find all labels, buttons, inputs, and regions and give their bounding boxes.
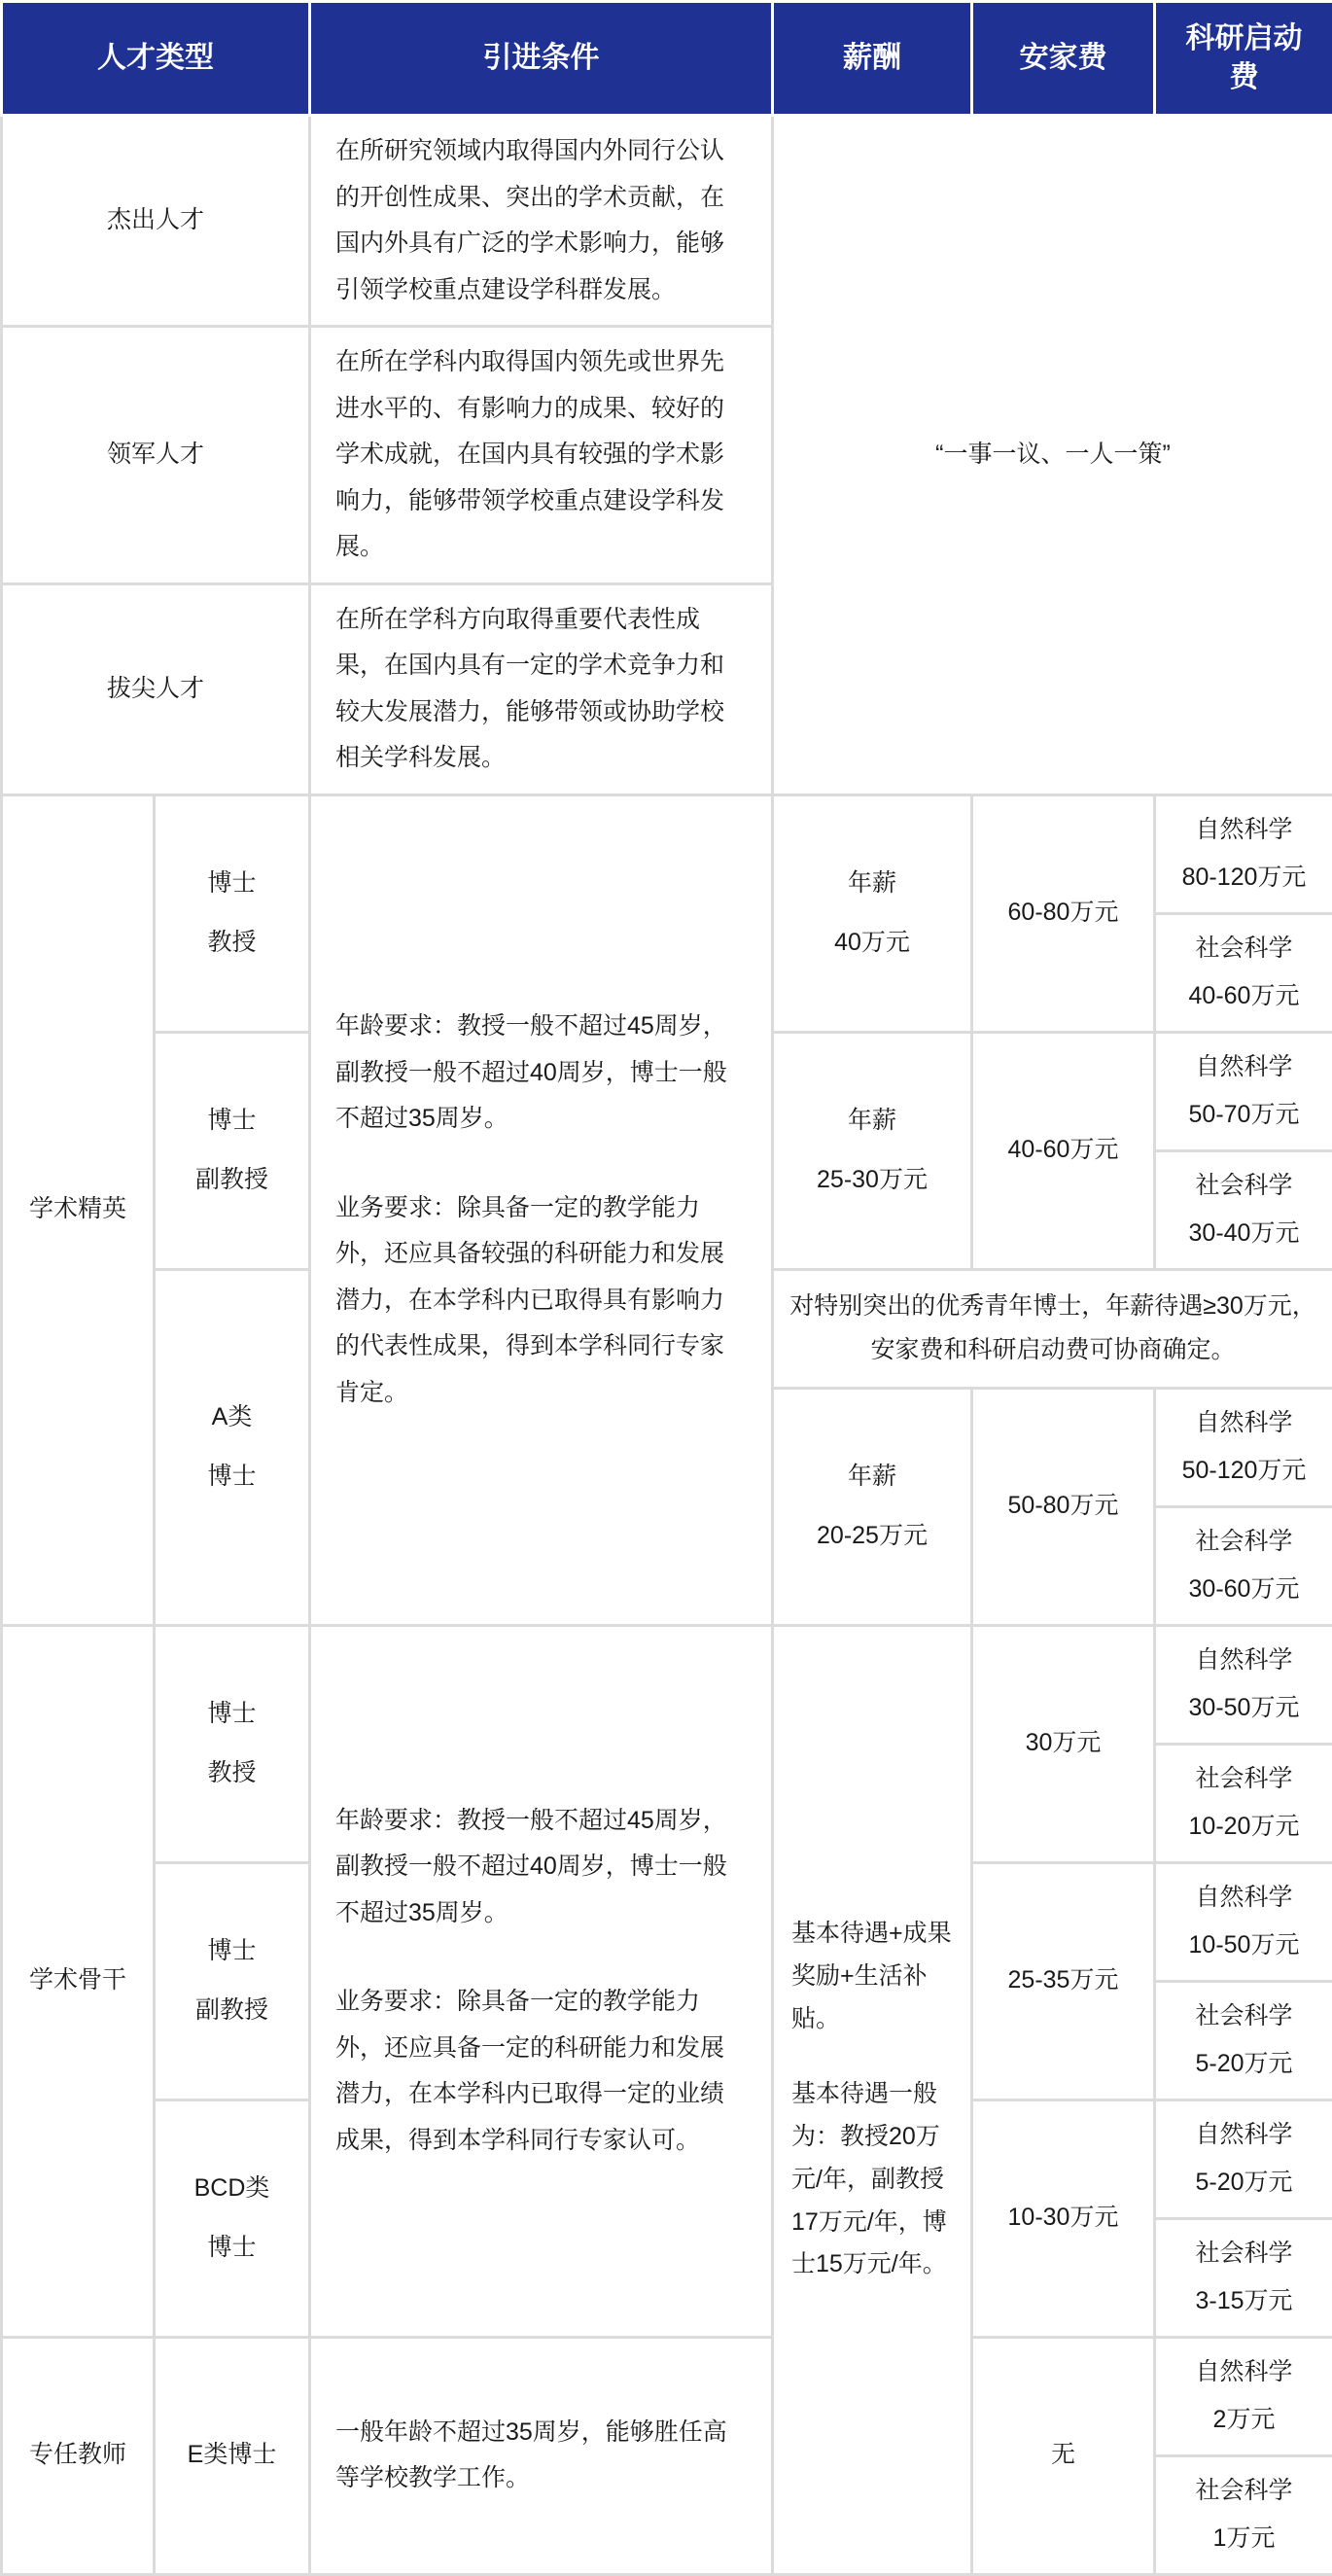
fund-value: 30-60万元 <box>1160 1567 1328 1613</box>
science-label: 社会科学 <box>1160 2468 1328 2515</box>
fund-value: 5-20万元 <box>1160 2160 1328 2206</box>
elite-associate-social-fund: 社会科学 30-40万元 <box>1155 1150 1332 1269</box>
condition-topnotch-text: 在所在学科方向取得重要代表性成果，在国内具有一定的学术竞争力和较大发展潜力，能够… <box>335 597 747 782</box>
salary-line: 年薪 <box>774 861 970 907</box>
rank-line: BCD类 <box>156 2166 308 2212</box>
backbone-bcd-rank: BCD类 博士 <box>155 2100 310 2337</box>
rank-line: 副教授 <box>156 1157 308 1204</box>
group-label-elite: 学术精英 <box>2 794 155 1625</box>
fund-value: 50-120万元 <box>1160 1448 1328 1495</box>
salary-line: 40万元 <box>774 920 970 967</box>
header-research-startup-fund: 科研启动费 <box>1155 2 1332 116</box>
fund-value: 50-70万元 <box>1160 1092 1328 1139</box>
fund-value: 3-15万元 <box>1160 2278 1328 2325</box>
policy-merged-cell: “一事一议、一人一策” <box>773 116 1332 795</box>
salary-package-detail: 基本待遇一般为：教授20万元/年，副教授17万元/年，博士15万元/年。 <box>791 2073 953 2286</box>
condition-elite: 年龄要求：教授一般不超过45周岁，副教授一般不超过40周岁，博士一般不超过35周… <box>310 794 773 1625</box>
backbone-associate-social-fund: 社会科学 5-20万元 <box>1155 1981 1332 2100</box>
rank-line: 博士 <box>156 1691 308 1738</box>
science-label: 自然科学 <box>1160 1875 1328 1922</box>
rank-line: 博士 <box>156 1928 308 1975</box>
backbone-bcd-allowance: 10-30万元 <box>972 2100 1155 2337</box>
rank-line: 博士 <box>156 1098 308 1145</box>
group-label-fulltime: 专任教师 <box>2 2337 155 2574</box>
rank-line: 博士 <box>156 861 308 907</box>
salary-package-summary: 基本待遇+成果奖励+生活补贴。 <box>791 1913 953 2040</box>
tier-label-topnotch: 拔尖人才 <box>2 583 310 794</box>
fulltime-social-fund: 社会科学 1万元 <box>1155 2455 1332 2574</box>
science-label: 社会科学 <box>1160 1756 1328 1803</box>
salary-line: 25-30万元 <box>774 1157 970 1204</box>
young-phd-note: 对特别突出的优秀青年博士，年薪待遇≥30万元， 安家费和科研启动费可协商确定。 <box>773 1269 1332 1388</box>
backbone-bcd-natural-fund: 自然科学 5-20万元 <box>1155 2100 1332 2218</box>
backbone-professor-social-fund: 社会科学 10-20万元 <box>1155 1744 1332 1862</box>
table-row: 专任教师 E类博士 一般年龄不超过35周岁，能够胜任高等学校教学工作。 无 自然… <box>2 2337 1332 2455</box>
backbone-professor-natural-fund: 自然科学 30-50万元 <box>1155 1625 1332 1744</box>
condition-leading: 在所在学科内取得国内领先或世界先进水平的、有影响力的成果、较好的学术成就，在国内… <box>310 327 773 584</box>
condition-backbone: 年龄要求：教授一般不超过45周岁，副教授一般不超过40周岁，博士一般不超过35周… <box>310 1625 773 2337</box>
elite-associate-allowance: 40-60万元 <box>972 1032 1155 1269</box>
elite-professor-social-fund: 社会科学 40-60万元 <box>1155 913 1332 1032</box>
science-label: 社会科学 <box>1160 2231 1328 2277</box>
science-label: 自然科学 <box>1160 1638 1328 1684</box>
fund-value: 40-60万元 <box>1160 973 1328 1020</box>
condition-leading-text: 在所在学科内取得国内领先或世界先进水平的、有影响力的成果、较好的学术成就，在国内… <box>335 339 747 571</box>
fund-value: 1万元 <box>1160 2516 1328 2562</box>
elite-aclass-rank: A类 博士 <box>155 1269 310 1625</box>
science-label: 社会科学 <box>1160 1994 1328 2040</box>
condition-elite-business: 业务要求：除具备一定的教学能力外，还应具备较强的科研能力和发展潜力，在本学科内已… <box>335 1185 747 1417</box>
condition-elite-age: 年龄要求：教授一般不超过45周岁，副教授一般不超过40周岁，博士一般不超过35周… <box>335 1004 747 1143</box>
rank-line: 博士 <box>156 1454 308 1500</box>
table-row: 杰出人才 在所研究领域内取得国内外同行公认的开创性成果、突出的学术贡献，在国内外… <box>2 116 1332 327</box>
science-label: 自然科学 <box>1160 1400 1328 1447</box>
elite-professor-natural-fund: 自然科学 80-120万元 <box>1155 794 1332 913</box>
fulltime-natural-fund: 自然科学 2万元 <box>1155 2337 1332 2455</box>
fund-value: 10-20万元 <box>1160 1804 1328 1851</box>
condition-outstanding: 在所研究领域内取得国内外同行公认的开创性成果、突出的学术贡献，在国内外具有广泛的… <box>310 116 773 327</box>
fulltime-rank: E类博士 <box>155 2337 310 2574</box>
elite-aclass-natural-fund: 自然科学 50-120万元 <box>1155 1388 1332 1506</box>
elite-associate-natural-fund: 自然科学 50-70万元 <box>1155 1032 1332 1150</box>
elite-professor-salary: 年薪 40万元 <box>773 794 972 1032</box>
table-header-row: 人才类型 引进条件 薪酬 安家费 科研启动费 <box>2 2 1332 116</box>
condition-fulltime: 一般年龄不超过35周岁，能够胜任高等学校教学工作。 <box>310 2337 773 2574</box>
science-label: 自然科学 <box>1160 1044 1328 1091</box>
rank-line: 教授 <box>156 1750 308 1797</box>
salary-line: 年薪 <box>774 1454 970 1500</box>
condition-outstanding-text: 在所研究领域内取得国内外同行公认的开创性成果、突出的学术贡献，在国内外具有广泛的… <box>335 128 747 313</box>
table-row: 学术骨干 博士 教授 年龄要求：教授一般不超过45周岁，副教授一般不超过40周岁… <box>2 1625 1332 1744</box>
backbone-associate-allowance: 25-35万元 <box>972 1862 1155 2100</box>
header-talent-type: 人才类型 <box>2 2 310 116</box>
rank-line: 副教授 <box>156 1988 308 2034</box>
science-label: 自然科学 <box>1160 2112 1328 2159</box>
elite-aclass-salary: 年薪 20-25万元 <box>773 1388 972 1625</box>
tier-label-outstanding: 杰出人才 <box>2 116 310 327</box>
elite-aclass-allowance: 50-80万元 <box>972 1388 1155 1625</box>
science-label: 自然科学 <box>1160 807 1328 854</box>
backbone-bcd-social-fund: 社会科学 3-15万元 <box>1155 2218 1332 2337</box>
fund-value: 30-40万元 <box>1160 1211 1328 1257</box>
fund-value: 5-20万元 <box>1160 2041 1328 2088</box>
science-label: 社会科学 <box>1160 1519 1328 1566</box>
talent-recruitment-table: 人才类型 引进条件 薪酬 安家费 科研启动费 杰出人才 在所研究领域内取得国内外… <box>0 0 1332 2576</box>
fund-value: 30-50万元 <box>1160 1685 1328 1732</box>
backbone-professor-rank: 博士 教授 <box>155 1625 310 1862</box>
header-intro-conditions: 引进条件 <box>310 2 773 116</box>
science-label: 自然科学 <box>1160 2349 1328 2396</box>
backbone-associate-natural-fund: 自然科学 10-50万元 <box>1155 1862 1332 1981</box>
condition-fulltime-text: 一般年龄不超过35周岁，能够胜任高等学校教学工作。 <box>335 2410 747 2502</box>
elite-associate-salary: 年薪 25-30万元 <box>773 1032 972 1269</box>
backbone-associate-rank: 博士 副教授 <box>155 1862 310 2100</box>
fund-value: 80-120万元 <box>1160 855 1328 901</box>
salary-line: 20-25万元 <box>774 1513 970 1560</box>
group-label-backbone: 学术骨干 <box>2 1625 155 2337</box>
science-label: 社会科学 <box>1160 926 1328 972</box>
rank-line: 博士 <box>156 2225 308 2272</box>
fulltime-allowance: 无 <box>972 2337 1155 2574</box>
salary-line: 年薪 <box>774 1098 970 1145</box>
elite-professor-rank: 博士 教授 <box>155 794 310 1032</box>
elite-aclass-social-fund: 社会科学 30-60万元 <box>1155 1506 1332 1625</box>
elite-professor-allowance: 60-80万元 <box>972 794 1155 1032</box>
young-phd-note-line: 对特别突出的优秀青年博士，年薪待遇≥30万元， <box>782 1285 1324 1328</box>
header-salary: 薪酬 <box>773 2 972 116</box>
talent-recruitment-page: 人才类型 引进条件 薪酬 安家费 科研启动费 杰出人才 在所研究领域内取得国内外… <box>0 0 1332 2576</box>
young-phd-note-line: 安家费和科研启动费可协商确定。 <box>782 1328 1324 1372</box>
science-label: 社会科学 <box>1160 1163 1328 1210</box>
fund-value: 10-50万元 <box>1160 1923 1328 1969</box>
condition-backbone-age: 年龄要求：教授一般不超过45周岁，副教授一般不超过40周岁，博士一般不超过35周… <box>335 1798 747 1937</box>
rank-line: 教授 <box>156 920 308 967</box>
header-settling-allowance: 安家费 <box>972 2 1155 116</box>
tier-label-leading: 领军人才 <box>2 327 310 584</box>
rank-line: A类 <box>156 1394 308 1441</box>
backbone-salary-package: 基本待遇+成果奖励+生活补贴。 基本待遇一般为：教授20万元/年，副教授17万元… <box>773 1625 972 2574</box>
table-row: 学术精英 博士 教授 年龄要求：教授一般不超过45周岁，副教授一般不超过40周岁… <box>2 794 1332 913</box>
condition-backbone-business: 业务要求：除具备一定的教学能力外，还应具备一定的科研能力和发展潜力，在本学科内已… <box>335 1979 747 2164</box>
elite-associate-rank: 博士 副教授 <box>155 1032 310 1269</box>
fund-value: 2万元 <box>1160 2397 1328 2444</box>
backbone-professor-allowance: 30万元 <box>972 1625 1155 1862</box>
condition-topnotch: 在所在学科方向取得重要代表性成果，在国内具有一定的学术竞争力和较大发展潜力，能够… <box>310 583 773 794</box>
